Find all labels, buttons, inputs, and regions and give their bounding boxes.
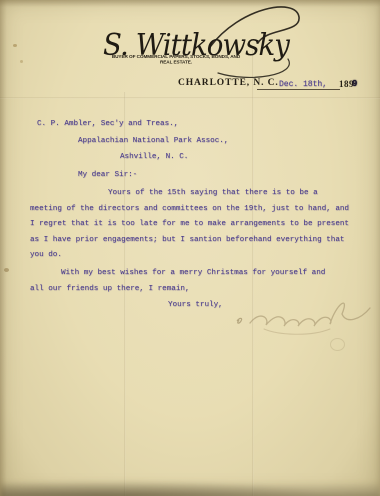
body-p2-line2: all our friends up there, I remain, — [30, 284, 190, 294]
recipient-org-line: Appalachian National Park Assoc., — [78, 136, 228, 146]
body-p1-line1: Yours of the 15th saying that there is t… — [108, 188, 318, 198]
salutation: My dear Sir:- — [78, 170, 137, 180]
tagline-line1: BUYER OF COMMERCIAL PAPERS, STOCKS, BOND… — [112, 55, 240, 60]
body-p2-line1: With my best wishes for a merry Christma… — [61, 268, 325, 278]
body-p1-line2: meeting of the directors and committees … — [30, 204, 349, 214]
paper-speck — [20, 60, 23, 63]
typed-year-digit: 9 — [352, 79, 357, 89]
pencil-signature — [230, 288, 376, 340]
recipient-city-line: Ashville, N. C. — [120, 152, 188, 162]
paper-speck — [13, 44, 17, 47]
pencil-signature-underline — [264, 329, 330, 334]
bottom-stain — [0, 477, 380, 496]
recipient-name-line: C. P. Ambler, Sec'y and Treas., — [37, 119, 178, 129]
pencil-check-mark — [237, 318, 242, 323]
body-p1-line3: I regret that it is too late for me to m… — [30, 219, 349, 229]
letter-page: S. Wittkowsky BUYER OF COMMERCIAL PAPERS… — [0, 0, 380, 496]
fold-crease-horizontal — [0, 97, 380, 99]
paper-fleck — [170, 35, 173, 38]
letterhead-script-signature: S. Wittkowsky — [92, 3, 307, 79]
letterhead-city: CHARLOTTE, N. C. — [178, 78, 279, 88]
typed-date: Dec. 18th, — [279, 80, 327, 90]
letterhead-tagline: BUYER OF COMMERCIAL PAPERS, STOCKS, BOND… — [107, 55, 244, 65]
body-p1-line5: you do. — [30, 250, 62, 260]
tagline-line2: REAL ESTATE. — [160, 60, 192, 65]
paper-edge-shadow-left — [0, 0, 7, 496]
paper-speck — [4, 268, 9, 272]
pencil-signature-stroke — [250, 303, 370, 326]
closing: Yours truly, — [168, 300, 223, 310]
body-p1-line4: as I have prior engagements; but I santi… — [30, 235, 344, 245]
